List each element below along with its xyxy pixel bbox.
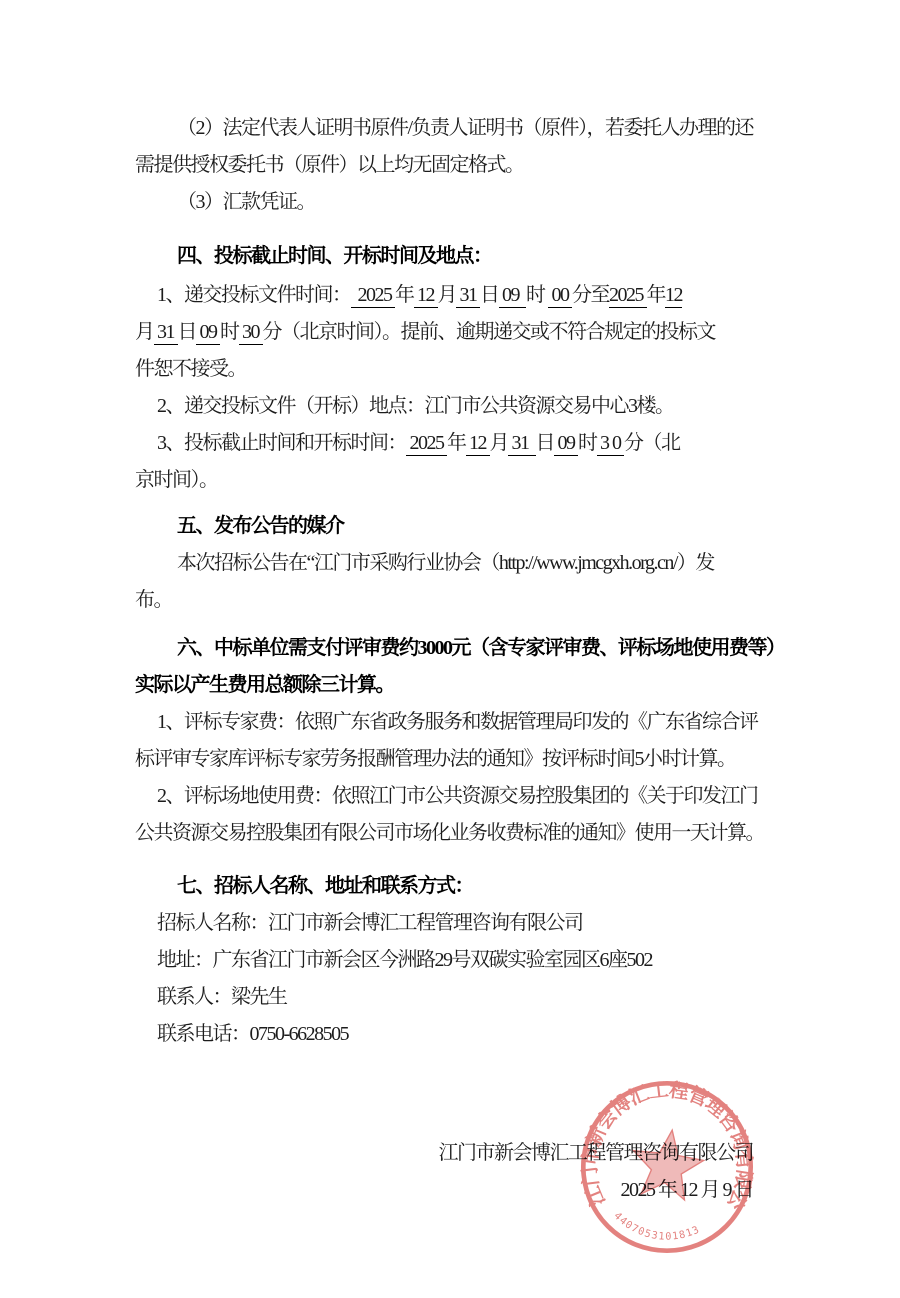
text-segment: 1、递交投标文件时间： — [157, 284, 351, 306]
section-4-item-3-line-2: 京时间）。 — [135, 462, 780, 499]
underlined-value: 09 — [554, 432, 578, 456]
section-4-item-3-line-1: 3、投标截止时间和开标时间： 2025 年 12 月 31 日 09 时 3 0… — [135, 425, 780, 462]
section-4-item-1-line-1: 1、递交投标文件时间： 2025 年 12 月 31 日 09 时 00 分至2… — [135, 277, 780, 314]
underlined-value: 31 — [508, 432, 536, 456]
text-segment: 日 — [536, 432, 555, 454]
text-segment: 时 — [526, 284, 548, 306]
underlined-value: 2025 — [609, 284, 647, 308]
underlined-value: 09 — [499, 284, 527, 308]
text-segment: 月 — [438, 284, 457, 306]
section-7-heading: 七、招标人名称、地址和联系方式： — [135, 868, 780, 905]
document-body: （2）法定代表人证明书原件/负责人证明书（原件），若委托人办理的还 需提供授权委… — [135, 110, 780, 1209]
signature-company: 江门市新会博汇工程管理咨询有限公司 — [135, 1135, 780, 1172]
underlined-value: 31 — [456, 284, 480, 308]
underlined-value: 31 — [154, 321, 178, 345]
section-4-item-2: 2、递交投标文件（开标）地点：江门市公共资源交易中心3楼。 — [135, 388, 780, 425]
attachment-item-3: （3）汇款凭证。 — [135, 184, 780, 221]
text-segment: 分（北 — [624, 432, 680, 454]
section-5-body-line-1: 本次招标公告在“江门市采购行业协会（http://www.jmcgxh.org.… — [135, 545, 780, 582]
underlined-value: 30 — [239, 321, 263, 345]
underlined-value: 00 — [548, 284, 572, 308]
section-6-heading-line-1: 六、中标单位需支付评审费约3000元（含专家评审费、评标场地使用费等） — [135, 630, 780, 667]
text-segment: 年 — [647, 284, 666, 306]
text-segment: 日 — [480, 284, 499, 306]
document-page: （2）法定代表人证明书原件/负责人证明书（原件），若委托人办理的还 需提供授权委… — [0, 0, 900, 1298]
text-segment: 月 — [490, 432, 509, 454]
section-5-heading: 五、发布公告的媒介 — [135, 508, 780, 545]
tenderer-address: 地址：广东省江门市新会区今洲路29号双碳实验室园区6座502 — [135, 942, 780, 979]
seal-serial-number: 4407053101813 — [611, 1211, 701, 1243]
underlined-value: 12 — [414, 284, 438, 308]
text-segment: 分至 — [572, 284, 609, 306]
text-segment: 日 — [178, 321, 197, 343]
text-segment: 年 — [447, 432, 466, 454]
text-segment: 分（北京时间）。提前、逾期递交或不符合规定的投标文 — [263, 321, 716, 343]
contact-phone: 联系电话：0750-6628505 — [135, 1016, 780, 1053]
section-5-body-line-2: 布。 — [135, 582, 780, 619]
text-segment: 时 — [220, 321, 239, 343]
section-4-item-1-line-2: 月 31 日 09 时 30 分（北京时间）。提前、逾期递交或不符合规定的投标文 — [135, 314, 780, 351]
section-6-item-1-line-1: 1、评标专家费：依照广东省政务服务和数据管理局印发的《广东省综合评 — [135, 704, 780, 741]
text-segment: 3、投标截止时间和开标时间： — [157, 432, 406, 454]
underlined-value: 2025 — [406, 432, 447, 456]
section-6-heading-line-2: 实际以产生费用总额除三计算。 — [135, 667, 780, 704]
underlined-value: 09 — [196, 321, 220, 345]
text-segment: 时 — [578, 432, 597, 454]
section-4-heading: 四、投标截止时间、开标时间及地点： — [135, 238, 780, 275]
underlined-value: 12 — [665, 284, 682, 308]
tenderer-name: 招标人名称：江门市新会博汇工程管理咨询有限公司 — [135, 905, 780, 942]
underlined-value: 2025 — [351, 284, 396, 308]
section-4-item-1-line-3: 件恕不接受。 — [135, 351, 780, 388]
section-6-item-2-line-2: 公共资源交易控股集团有限公司市场化业务收费标准的通知》使用一天计算。 — [135, 815, 780, 852]
signature-date: 2025 年 12 月 9 日 — [135, 1172, 780, 1209]
text-segment: 月 — [135, 321, 154, 343]
contact-person: 联系人：梁先生 — [135, 979, 780, 1016]
text-segment: 年 — [395, 284, 414, 306]
attachment-item-2-line-2: 需提供授权委托书（原件）以上均无固定格式。 — [135, 147, 780, 184]
underlined-value: 12 — [466, 432, 490, 456]
section-6-item-2-line-1: 2、评标场地使用费：依照江门市公共资源交易控股集团的《关于印发江门 — [135, 778, 780, 815]
underlined-value: 3 0 — [597, 432, 625, 456]
section-6-item-1-line-2: 标评审专家库评标专家劳务报酬管理办法的通知》按评标时间5小时计算。 — [135, 741, 780, 778]
attachment-item-2-line-1: （2）法定代表人证明书原件/负责人证明书（原件），若委托人办理的还 — [135, 110, 780, 147]
